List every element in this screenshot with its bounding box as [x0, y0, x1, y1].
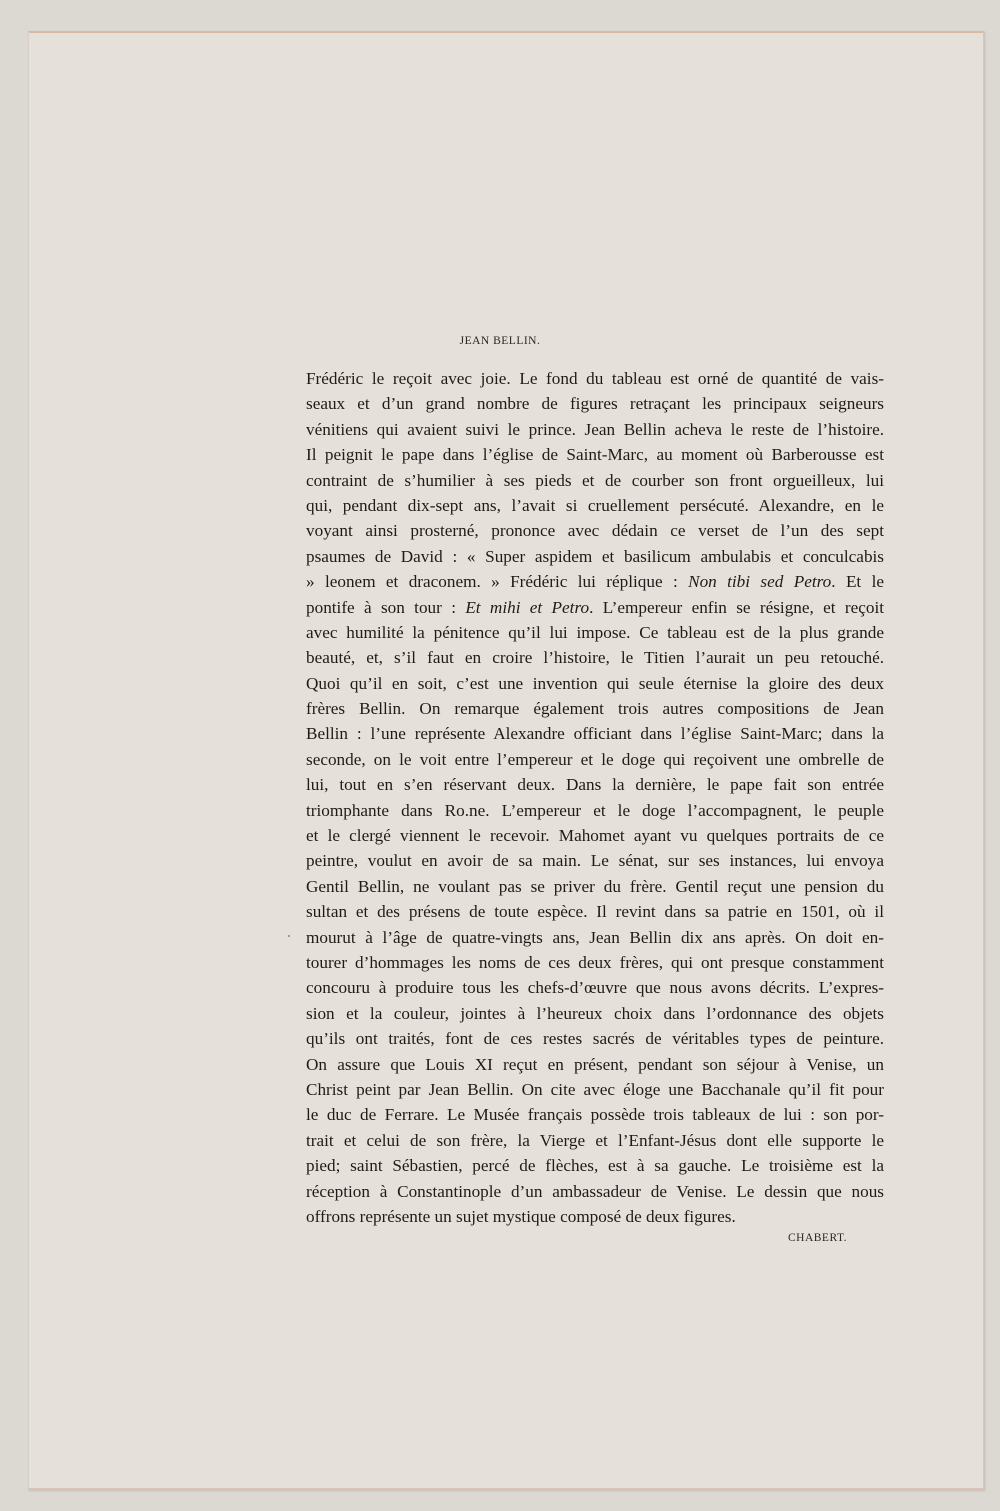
text-line: vénitiens qui avaient suivi le prince. J…	[306, 417, 884, 442]
text-line: tourer d’hommages les noms de ces deux f…	[306, 950, 884, 975]
text-line: sultan et des présens de toute espèce. I…	[306, 899, 884, 924]
text-line: Bellin : l’une représente Alexandre offi…	[306, 721, 884, 746]
text-line: Il peignit le pape dans l’église de Sain…	[306, 442, 884, 467]
text-line: Frédéric le reçoit avec joie. Le fond du…	[306, 366, 884, 391]
text-line: Quoi qu’il en soit, c’est une invention …	[306, 671, 884, 696]
text-segment: pontife à son tour :	[306, 598, 465, 617]
text-line: seconde, on le voit entre l’empereur et …	[306, 747, 884, 772]
text-line: qu’ils ont traités, font de ces restes s…	[306, 1026, 884, 1051]
text-line: On assure que Louis XI reçut en présent,…	[306, 1052, 884, 1077]
text-line: concouru à produire tous les chefs-d’œuv…	[306, 975, 884, 1000]
text-segment: » leonem et draconem. » Frédéric lui rép…	[306, 572, 688, 591]
text-line: peintre, voulut en avoir de sa main. Le …	[306, 848, 884, 873]
text-line: beauté, et, s’il faut en croire l’histoi…	[306, 645, 884, 670]
text-line: trait et celui de son frère, la Vierge e…	[306, 1128, 884, 1153]
text-line: psaumes de David : « Super aspidem et ba…	[306, 544, 884, 569]
text-line: le duc de Ferrare. Le Musée français pos…	[306, 1102, 884, 1127]
text-line: » leonem et draconem. » Frédéric lui rép…	[306, 569, 884, 594]
text-line: réception à Constantinople d’un ambassad…	[306, 1179, 884, 1204]
text-line: voyant ainsi prosterné, prononce avec dé…	[306, 518, 884, 543]
margin-mark	[288, 935, 290, 937]
text-line: et le clergé viennent le recevoir. Mahom…	[306, 823, 884, 848]
text-line: avec humilité la pénitence qu’il lui imp…	[306, 620, 884, 645]
text-segment: . L’empereur enfin se résigne, et reçoit	[589, 598, 884, 617]
body-text: Frédéric le reçoit avec joie. Le fond du…	[306, 366, 884, 1229]
text-segment: . Et le	[831, 572, 884, 591]
text-line: qui, pendant dix-sept ans, l’avait si cr…	[306, 493, 884, 518]
text-line: pontife à son tour : Et mihi et Petro. L…	[306, 595, 884, 620]
running-head: JEAN BELLIN.	[0, 335, 1000, 347]
text-line: pied; saint Sébastien, percé de flèches,…	[306, 1153, 884, 1178]
text-line: frères Bellin. On remarque également tro…	[306, 696, 884, 721]
text-line: Christ peint par Jean Bellin. On cite av…	[306, 1077, 884, 1102]
text-line: Gentil Bellin, ne voulant pas se priver …	[306, 874, 884, 899]
text-line: offrons représente un sujet mystique com…	[306, 1204, 884, 1229]
text-line: sion et la couleur, jointes à l’heureux …	[306, 1001, 884, 1026]
author-signature: CHABERT.	[788, 1232, 847, 1244]
text-line: contraint de s’humilier à ses pieds et d…	[306, 468, 884, 493]
italic-quote: Et mihi et Petro	[465, 598, 589, 617]
text-line: mourut à l’âge de quatre-vingts ans, Jea…	[306, 925, 884, 950]
italic-quote: Non tibi sed Petro	[688, 572, 831, 591]
text-line: seaux et d’un grand nombre de figures re…	[306, 391, 884, 416]
text-line: triomphante dans Ro.ne. L’empereur et le…	[306, 798, 884, 823]
text-line: lui, tout en s’en réservant deux. Dans l…	[306, 772, 884, 797]
